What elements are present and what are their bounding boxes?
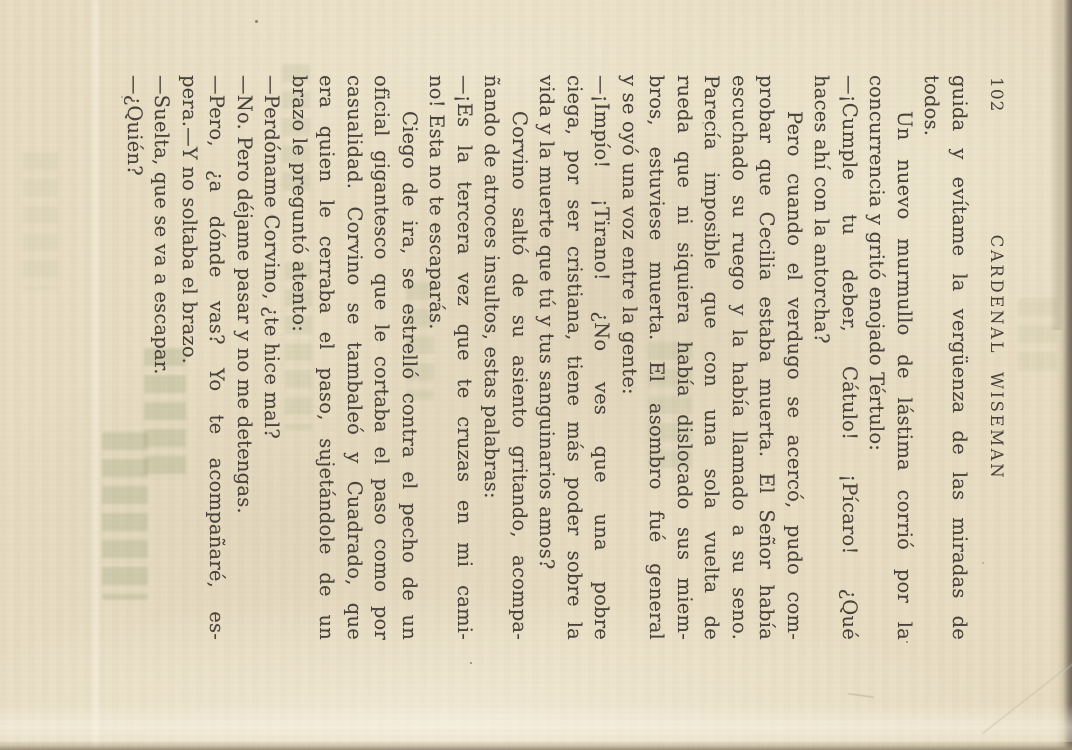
book-page: 102 CARDENAL WISEMAN guida y evítame la …: [0, 0, 1072, 750]
scanned-book-page: 102 CARDENAL WISEMAN guida y evítame la …: [0, 0, 1072, 750]
paper-speck: [906, 641, 908, 643]
text-line: haces ahí con la antorcha?: [808, 75, 836, 640]
page-edge-shadow: [1056, 0, 1072, 750]
text-line: y se oyó una voz entre la gente:: [616, 75, 644, 640]
paper-speck: [121, 96, 123, 98]
text-line: —Pero, ¿a dónde vas? Yo te acompañaré, e…: [203, 75, 231, 640]
page-number: 102: [983, 77, 1009, 112]
text-line: Parecía imposible que con una sola vuelt…: [698, 75, 726, 640]
text-line: escuchado su ruego y la había llamado a …: [726, 75, 754, 640]
bottom-edge-shadow: [0, 741, 1072, 750]
text-line: —Suelta, que se va a escapar.: [148, 75, 176, 640]
text-line: probar que Cecilia estaba muerta. El Señ…: [753, 75, 781, 640]
text-line: brazo le preguntó atento:: [286, 75, 314, 640]
text-line: rueda que ni siquiera había dislocado su…: [671, 75, 699, 640]
page-curl-highlight: [0, 704, 1072, 742]
page-header: 102 CARDENAL WISEMAN: [983, 75, 1009, 640]
text-line: Ciego de ira, se estrelló contra el pech…: [396, 75, 424, 640]
text-line: oficial gigantesco que le cortaba el pas…: [368, 75, 396, 640]
text-line: —¡Cumple tu deber, Cátulo! ¡Pícaro! ¿Qué: [836, 75, 864, 640]
text-line: vida y la muerte que tú y tus sanguinari…: [533, 75, 561, 640]
text-line: casualidad. Corvino se tambaleó y Cuadra…: [341, 75, 369, 640]
paper-speck: [255, 20, 258, 23]
text-line: concurrencia y gritó enojado Tértulo:: [863, 75, 891, 640]
text-line: bros, estuviese muerta. El asombro fué g…: [643, 75, 671, 640]
text-line: Corvino saltó de su asiento gritando, ac…: [506, 75, 534, 640]
text-line: ciega, por ser cristiana, tiene más pode…: [561, 75, 589, 640]
text-line: —Perdóname Corvino, ¿te hice mal?: [258, 75, 286, 640]
text-line: ñando de atroces insultos, estas palabra…: [478, 75, 506, 640]
text-line: —No. Pero déjame pasar y no me detengas.: [231, 75, 259, 640]
text-line: era quien le cerraba el paso, sujetándol…: [313, 75, 341, 640]
text-line: pera.—Y no soltaba el brazo.: [176, 75, 204, 640]
text-line: guida y evítame la vergüenza de las mira…: [946, 75, 974, 640]
text-block: guida y evítame la vergüenza de las mira…: [121, 75, 974, 640]
text-line: Un nuevo murmullo de lástima corrió por …: [891, 75, 919, 640]
paper-speck: [982, 562, 984, 564]
text-line: todos.: [918, 75, 946, 640]
text-line: —¿Quién?: [121, 75, 149, 640]
paper-speck: [702, 122, 704, 124]
text-line: no! Esta no te escaparás.: [423, 75, 451, 640]
text-line: —¡Es la tercera vez que te cruzas en mi …: [451, 75, 479, 640]
paper-speck: [470, 662, 472, 664]
text-line: —¡Impío! ¡Tirano! ¿No ves que una pobre: [588, 75, 616, 640]
text-line: Pero cuando el verdugo se acercó, pudo c…: [781, 75, 809, 640]
running-head: CARDENAL WISEMAN: [983, 75, 1009, 640]
